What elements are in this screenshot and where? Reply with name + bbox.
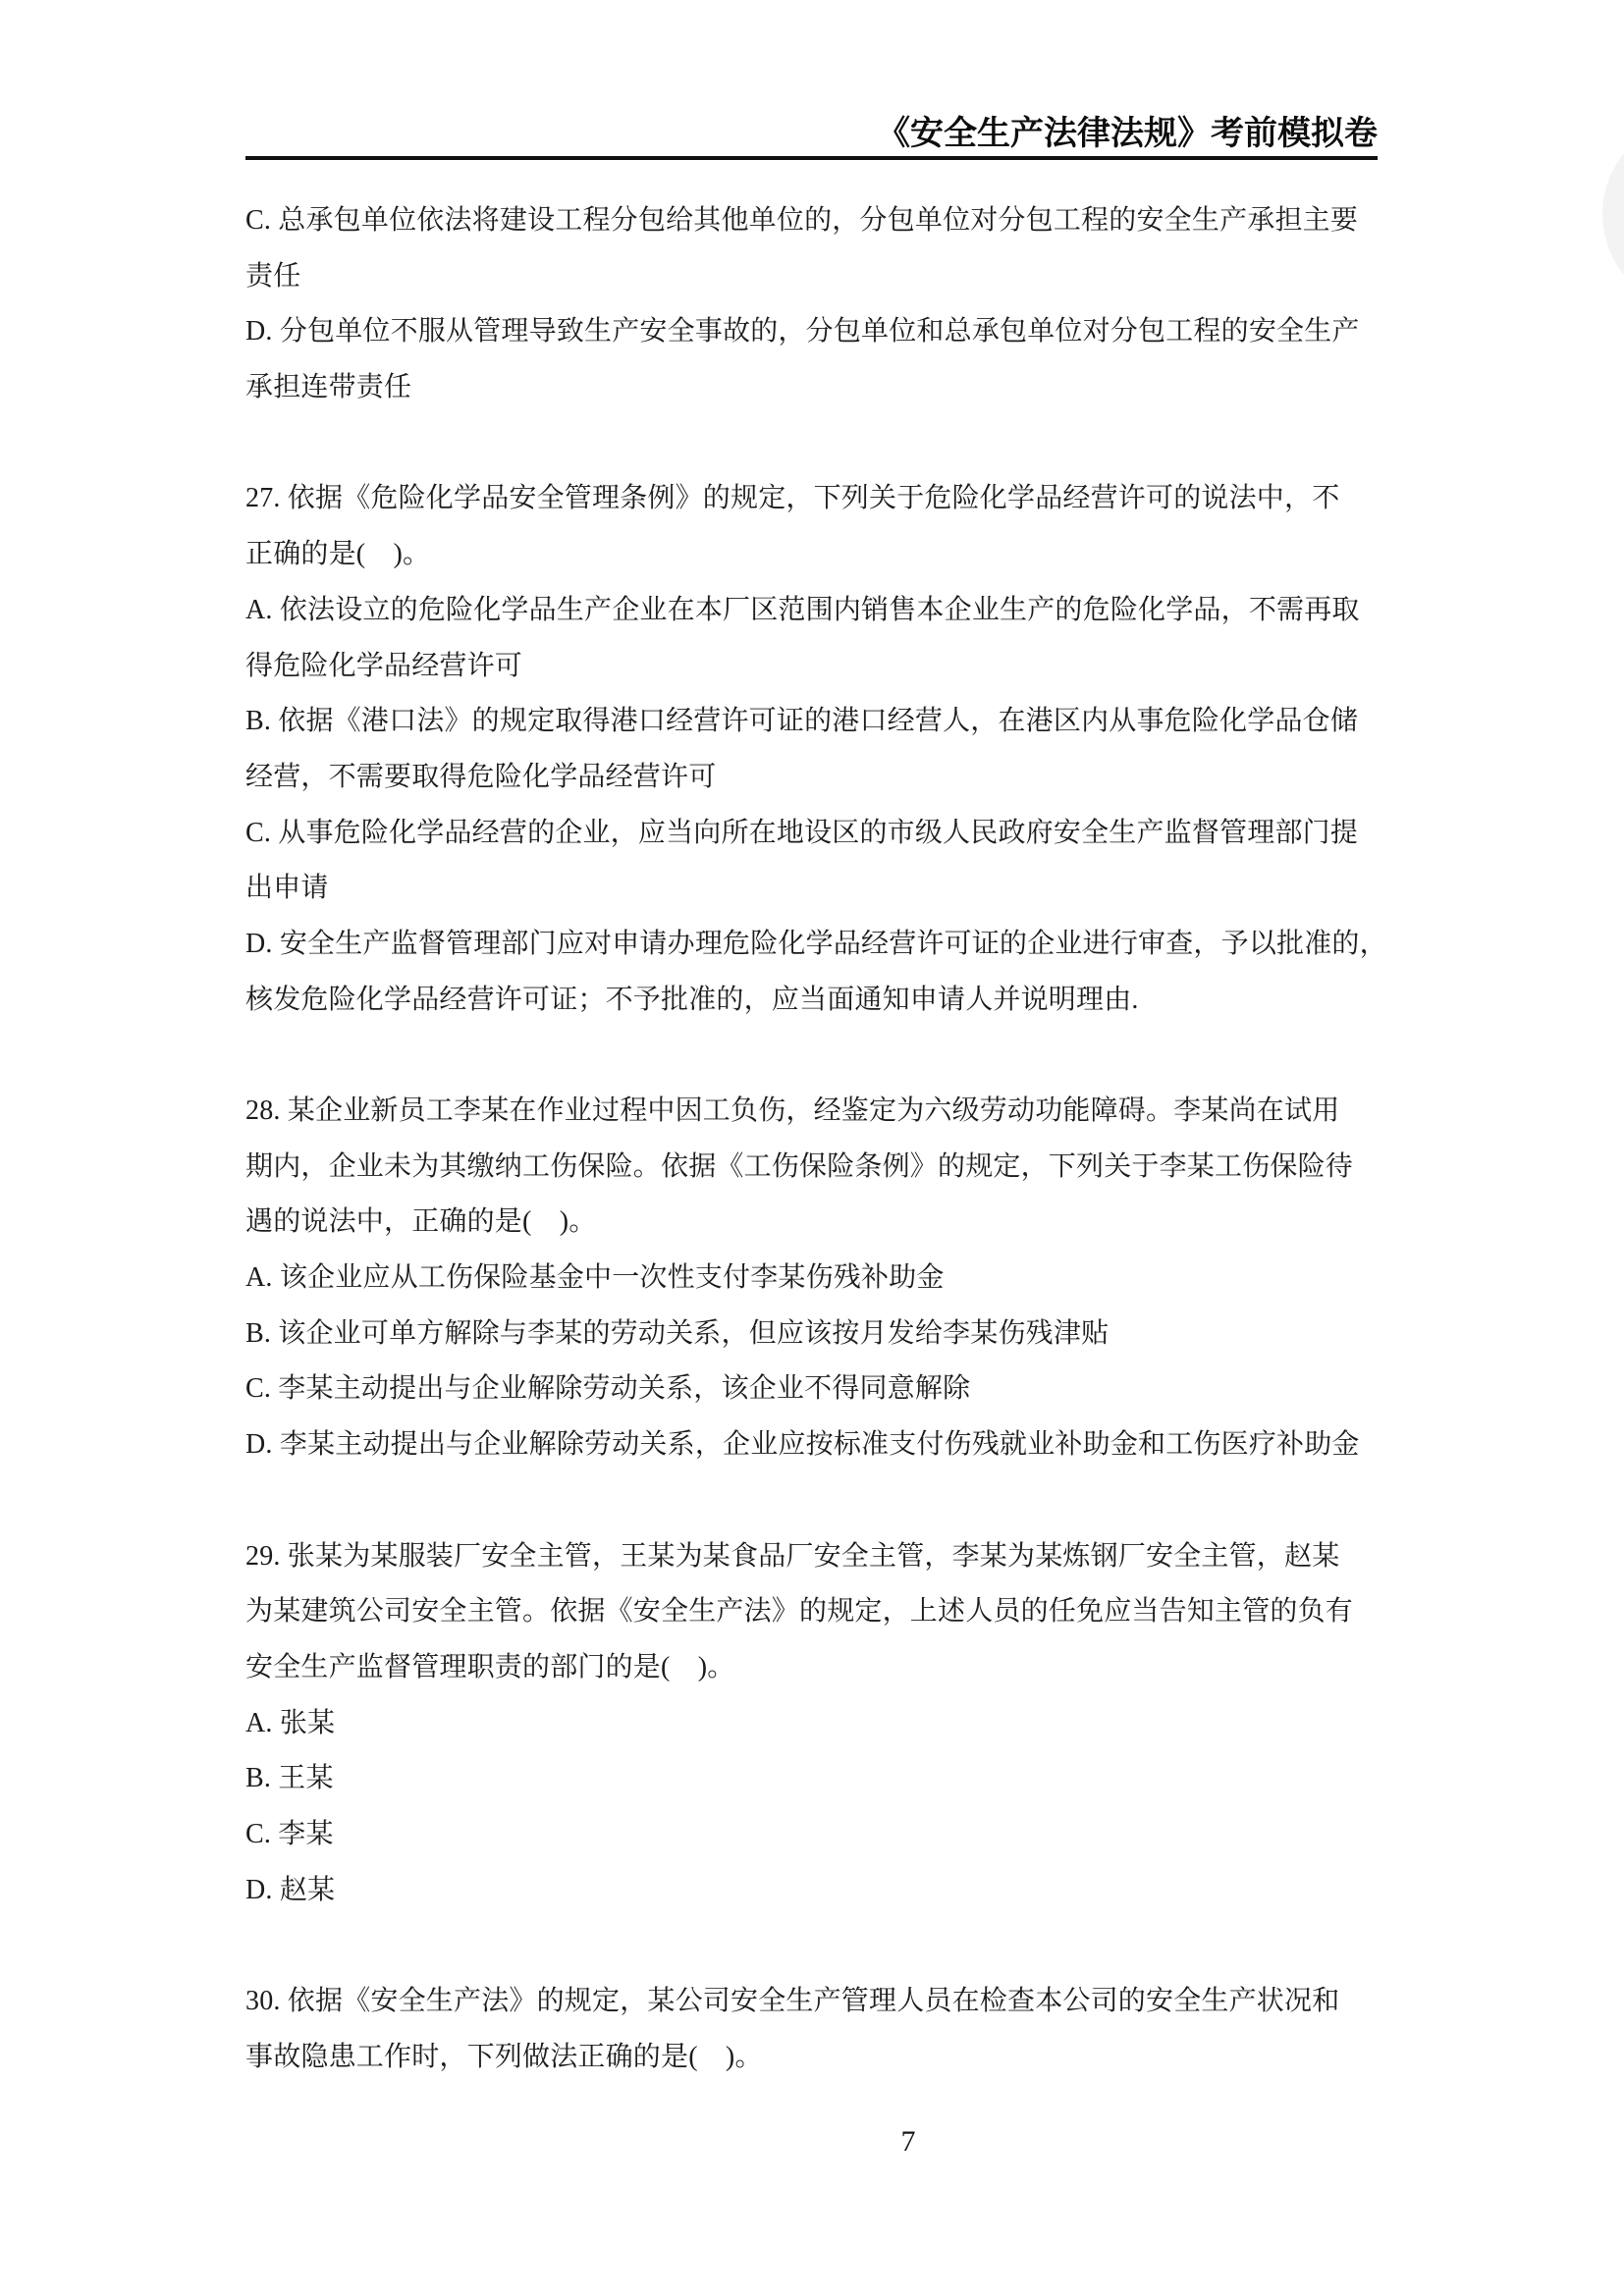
text-line: 遇的说法中，正确的是( )。 [245, 1195, 1380, 1251]
question-block-29: 29. 张某为某服装厂安全主管，王某为某食品厂安全主管，李某为某炼钢厂安全主管，… [245, 1529, 1380, 1919]
text-line: D. 赵某 [245, 1863, 1380, 1919]
question-block-28: 28. 某企业新员工李某在作业过程中因工负伤，经鉴定为六级劳动功能障碍。李某尚在… [245, 1084, 1380, 1473]
text-line: C. 李某主动提出与企业解除劳动关系，该企业不得同意解除 [245, 1362, 1380, 1417]
text-line: D. 李某主动提出与企业解除劳动关系，企业应按标准支付伤残就业补助金和工伤医疗补… [245, 1417, 1380, 1473]
question-block-30: 30. 依据《安全生产法》的规定，某公司安全生产管理人员在检查本公司的安全生产状… [245, 1974, 1380, 2085]
text-line: 核发危险化学品经营许可证；不予批准的，应当面通知申请人并说明理由. [245, 973, 1380, 1029]
text-line: 承担连带责任 [245, 360, 1380, 416]
text-line: 经营，不需要取得危险化学品经营许可 [245, 750, 1380, 806]
text-line: 责任 [245, 249, 1380, 305]
exam-paper-page: 《安全生产法律法规》考前模拟卷 C. 总承包单位依法将建设工程分包给其他单位的，… [0, 0, 1624, 2296]
text-line: 期内，企业未为其缴纳工伤保险。依据《工伤保险条例》的规定，下列关于李某工伤保险待 [245, 1140, 1380, 1196]
text-line: D. 安全生产监督管理部门应对申请办理危险化学品经营许可证的企业进行审查，予以批… [245, 917, 1380, 973]
text-line: B. 王某 [245, 1751, 1380, 1807]
text-line: 28. 某企业新员工李某在作业过程中因工负伤，经鉴定为六级劳动功能障碍。李某尚在… [245, 1084, 1380, 1140]
text-line: 安全生产监督管理职责的部门的是( )。 [245, 1640, 1380, 1696]
page-header-title: 《安全生产法律法规》考前模拟卷 [245, 114, 1378, 153]
question-block-27: 27. 依据《危险化学品安全管理条例》的规定，下列关于危险化学品经营许可的说法中… [245, 471, 1380, 1028]
text-line: D. 分包单位不服从管理导致生产安全事故的，分包单位和总承包单位对分包工程的安全… [245, 304, 1380, 360]
question-block-26-options: C. 总承包单位依法将建设工程分包给其他单位的，分包单位对分包工程的安全生产承担… [245, 193, 1380, 416]
scan-artifact-circle [1602, 118, 1624, 310]
text-line: 29. 张某为某服装厂安全主管，王某为某食品厂安全主管，李某为某炼钢厂安全主管，… [245, 1529, 1380, 1585]
page-number: 7 [245, 2122, 1571, 2162]
text-line: C. 李某 [245, 1807, 1380, 1863]
text-line: 正确的是( )。 [245, 527, 1380, 583]
text-line: 30. 依据《安全生产法》的规定，某公司安全生产管理人员在检查本公司的安全生产状… [245, 1974, 1380, 2030]
text-line: C. 从事危险化学品经营的企业，应当向所在地设区的市级人民政府安全生产监督管理部… [245, 806, 1380, 862]
document-body: C. 总承包单位依法将建设工程分包给其他单位的，分包单位对分包工程的安全生产承担… [245, 193, 1380, 2085]
text-line: 事故隐患工作时，下列做法正确的是( )。 [245, 2030, 1380, 2086]
text-line: 27. 依据《危险化学品安全管理条例》的规定，下列关于危险化学品经营许可的说法中… [245, 471, 1380, 527]
text-line: 得危险化学品经营许可 [245, 639, 1380, 695]
header-divider-rule [245, 156, 1378, 160]
text-line: A. 该企业应从工伤保险基金中一次性支付李某伤残补助金 [245, 1251, 1380, 1307]
text-line: 为某建筑公司安全主管。依据《安全生产法》的规定，上述人员的任免应当告知主管的负有 [245, 1584, 1380, 1640]
text-line: 出申请 [245, 861, 1380, 917]
text-line: C. 总承包单位依法将建设工程分包给其他单位的，分包单位对分包工程的安全生产承担… [245, 193, 1380, 249]
text-line: B. 依据《港口法》的规定取得港口经营许可证的港口经营人，在港区内从事危险化学品… [245, 694, 1380, 750]
text-line: A. 张某 [245, 1696, 1380, 1752]
text-line: A. 依法设立的危险化学品生产企业在本厂区范围内销售本企业生产的危险化学品，不需… [245, 583, 1380, 639]
text-line: B. 该企业可单方解除与李某的劳动关系，但应该按月发给李某伤残津贴 [245, 1307, 1380, 1362]
